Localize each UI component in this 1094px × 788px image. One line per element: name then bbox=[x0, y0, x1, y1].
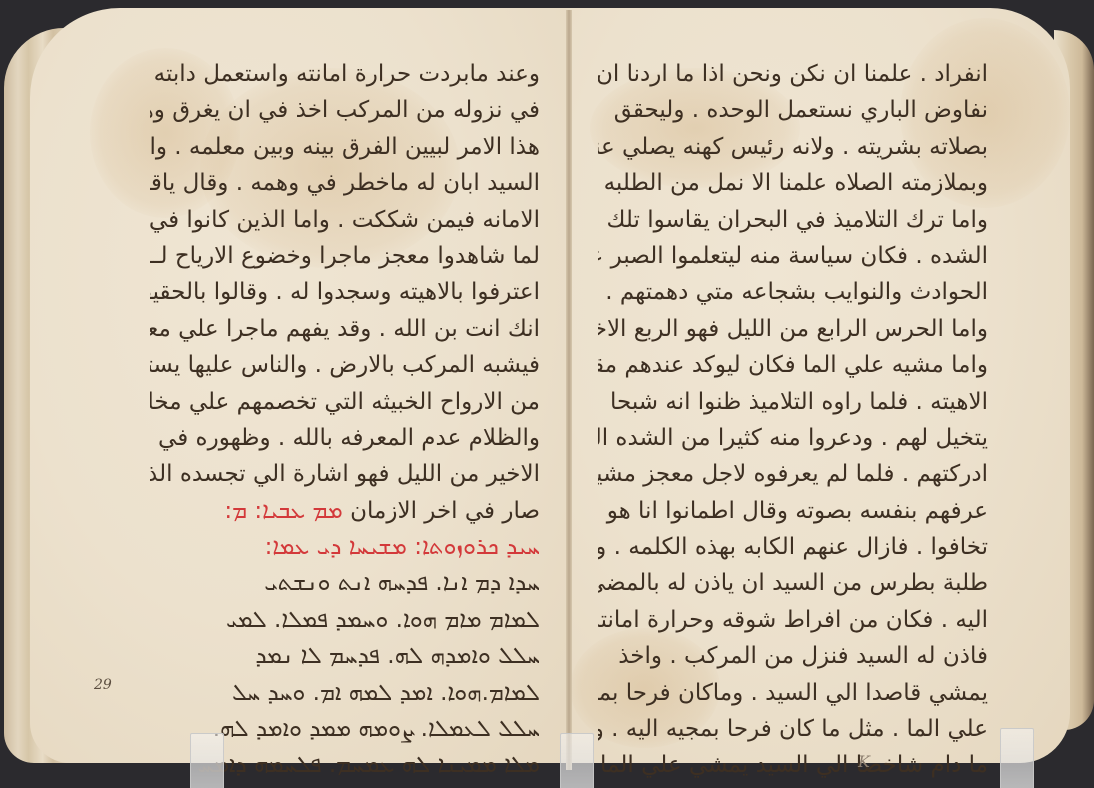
text-line: الامانه فيمن شككت . واما الذين كانوا في … bbox=[150, 202, 540, 238]
mixed-rubric-line: صار في اخر الازمان ܡܡ ܥܒܝܐ: ܡ: bbox=[150, 493, 540, 529]
syriac-line: ܠܡܐܡ.ܗܘܐ. ܐܡܕ ܠܡܗ ܐܡ. ܘܚܕ ܚܠ bbox=[150, 675, 540, 711]
text-line: الاخير من الليل فهو اشارة الي تجسده الذي bbox=[150, 456, 540, 492]
syriac-line: ܠܡܐܡ ܡܐܡ ܗܘܐ. ܘܚܡܕ ܦܡܠܐ. ܠܡܝ bbox=[150, 602, 540, 638]
book-gutter bbox=[566, 10, 572, 770]
page-holder-clip bbox=[1000, 728, 1034, 788]
text-line: لما شاهدوا معجز ماجرا وخضوع الارياح لـــ… bbox=[150, 238, 540, 274]
text-line: يتخيل لهم . ودعروا منه كثيرا من الشده ال… bbox=[598, 420, 988, 456]
text-line: عرفهم بنفسه بصوته وقال اطمانوا انا هو لا bbox=[598, 493, 988, 529]
text-line: نفاوض الباري نستعمل الوحده . وليحقق bbox=[598, 92, 988, 128]
page-holder-clip bbox=[190, 733, 224, 788]
text-line: واما ترك التلاميذ في البحران يقاسوا تلك bbox=[598, 202, 988, 238]
right-page-text: انفراد . علمنا ان نكن ونحن اذا ما اردنا … bbox=[598, 56, 988, 784]
text-line: السيد ابان له ماخطر في وهمه . وقال ياقلي… bbox=[150, 165, 540, 201]
text-line: انفراد . علمنا ان نكن ونحن اذا ما اردنا … bbox=[598, 56, 988, 92]
text-line: والظلام عدم المعرفه بالله . وظهوره في ال… bbox=[150, 420, 540, 456]
text-line: في نزوله من المركب اخذ في ان يغرق وهرا bbox=[150, 92, 540, 128]
text-line: واما الحرس الرابع من الليل فهو الربع الا… bbox=[598, 311, 988, 347]
syriac-line: ܚܕܐ ܕܡ ܐܢܐ. ܦܕܚܗ ܐܢܬ ܘܢܫܬܝ bbox=[150, 565, 540, 601]
red-rubric-syriac: ܡܡ ܥܒܝܐ: ܡ: bbox=[224, 498, 342, 524]
folio-number: 29 bbox=[94, 677, 112, 693]
left-page-text: وعند مابردت حرارة امانته واستعمل دابته ف… bbox=[150, 56, 540, 784]
syriac-line: ܚܠܠ ܘܐܡܕܗ ܠܗ. ܦܕܚܡ ܠܐ ܢܡܕ bbox=[150, 638, 540, 674]
text-line: واما مشيه علي الما فكان ليوكد عندهم مقدر… bbox=[598, 347, 988, 383]
text-line: هذا الامر لبيين الفرق بينه وبين معلمه . … bbox=[150, 129, 540, 165]
text-line-arabic: صار في اخر الازمان bbox=[350, 498, 540, 524]
text-line: بصلاته بشريته . ولانه رئيس كهنه يصلي عنا… bbox=[598, 129, 988, 165]
text-line: الحوادث والنوايب بشجاعه متي دهمتهم . bbox=[598, 274, 988, 310]
text-line: ما دام شاخصا الي السيد يمشي علي الما بغي… bbox=[598, 747, 988, 783]
text-line: انك انت بن الله . وقد يفهم ماجرا علي معن… bbox=[150, 311, 540, 347]
text-line: فاذن له السيد فنزل من المركب . واخذ bbox=[598, 638, 988, 674]
text-line: وبملازمته الصلاه علمنا الا نمل من الطلبه… bbox=[598, 165, 988, 201]
text-line: اعترفوا بالاهيته وسجدوا له . وقالوا بالح… bbox=[150, 274, 540, 310]
text-line: الاهيته . فلما راوه التلاميذ ظنوا انه شب… bbox=[598, 384, 988, 420]
page-holder-clip bbox=[560, 733, 594, 788]
text-line: ادركتهم . فلما لم يعرفوه لاجل معجز مشيـه… bbox=[598, 456, 988, 492]
red-rubric-line: ܚܝܕ ܟܪܘܙܘܬܐ: ܡܫܝܚܐ ܕܝ ܥܡܐ: bbox=[150, 529, 540, 565]
text-line: طلبة بطرس من السيد ان ياذن له بالمضي bbox=[598, 565, 988, 601]
text-line: من الارواح الخبيثه التي تخصمهم علي مخالف… bbox=[150, 384, 540, 420]
text-line: فيشبه المركب بالارض . والناس عليها يستنج… bbox=[150, 347, 540, 383]
open-manuscript: وعند مابردت حرارة امانته واستعمل دابته ف… bbox=[0, 0, 1094, 788]
text-line: علي الما . مثل ما كان فرحا بمجيه اليه . … bbox=[598, 711, 988, 747]
text-line: يمشي قاصدا الي السيد . وماكان فرحا بمشيه bbox=[598, 675, 988, 711]
pencil-mark: K bbox=[858, 752, 870, 771]
text-line: اليه . فكان من افراط شوقه وحرارة امانته … bbox=[598, 602, 988, 638]
text-line: وعند مابردت حرارة امانته واستعمل دابته bbox=[150, 56, 540, 92]
text-line: تخافوا . فازال عنهم الكابه بهذه الكلمه .… bbox=[598, 529, 988, 565]
text-line: الشده . فكان سياسة منه ليتعلموا الصبر عل… bbox=[598, 238, 988, 274]
